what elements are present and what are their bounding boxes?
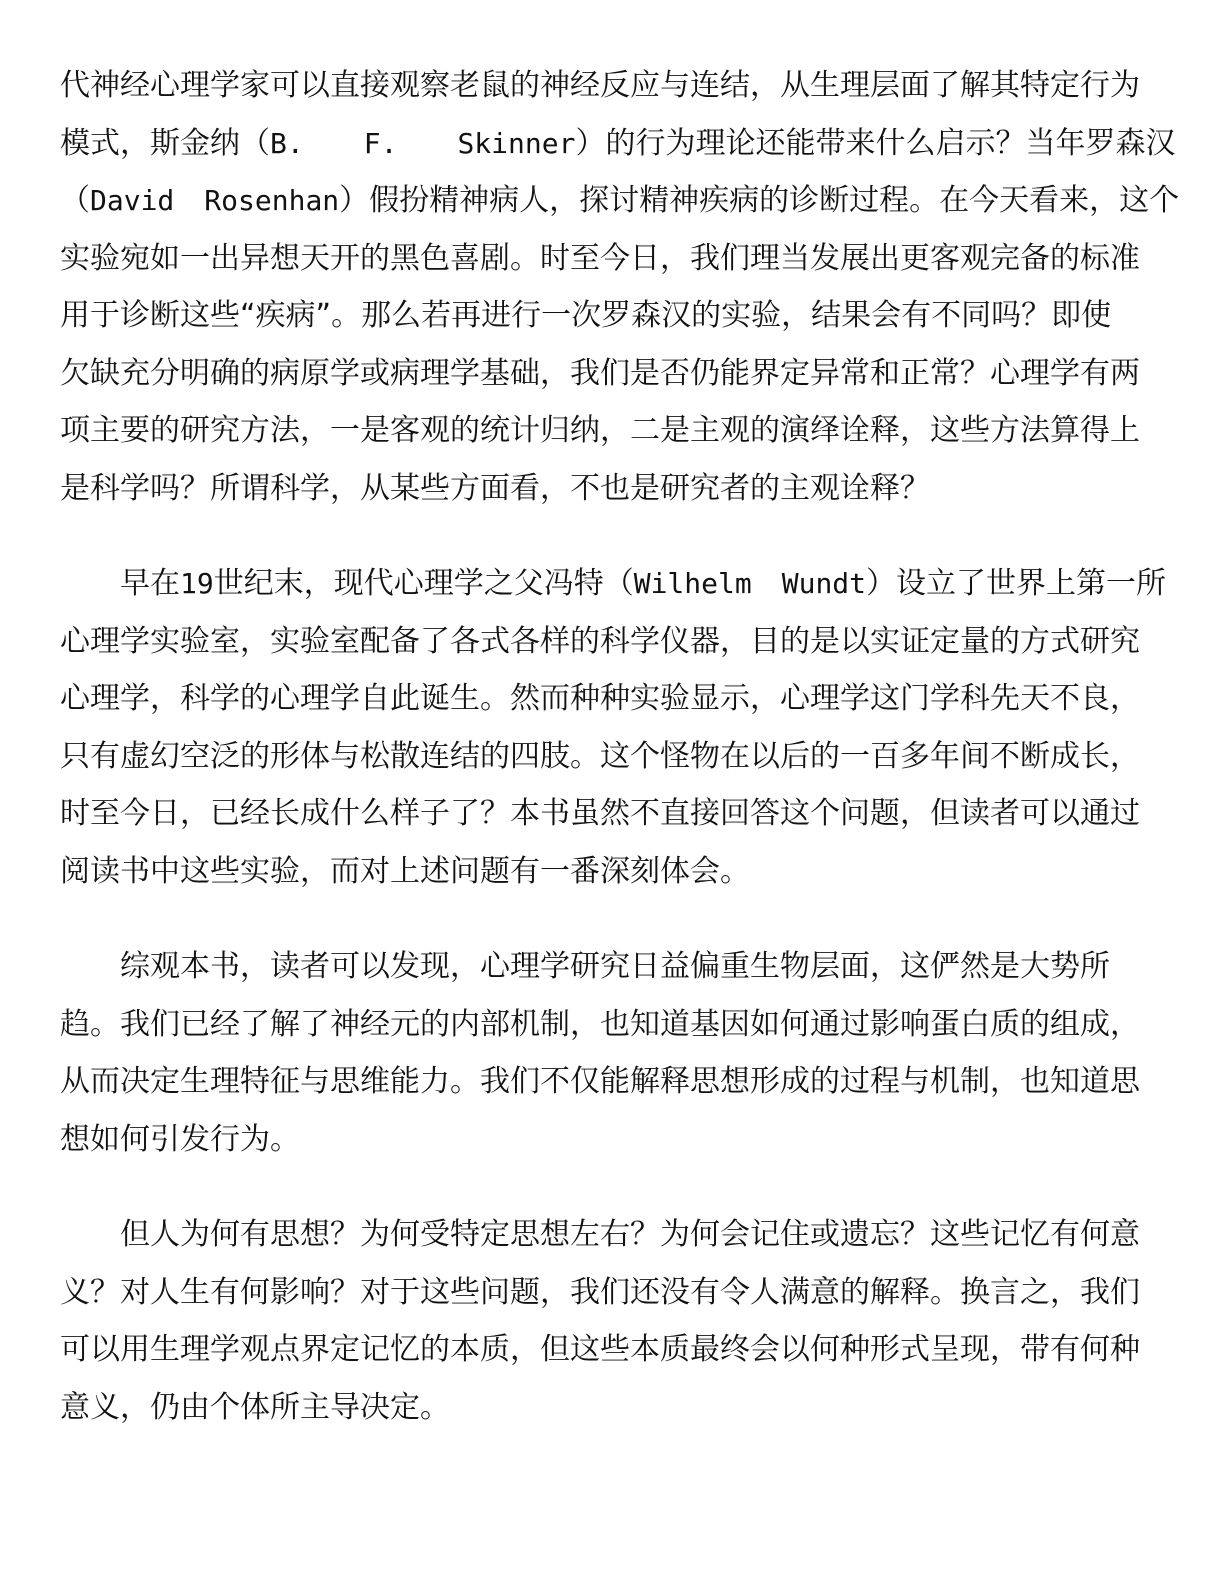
latin-text: B. — [270, 127, 304, 160]
text-line: （David Rosenhan）假扮精神病人，探讨精神疾病的诊断过程。在今天看来… — [60, 172, 1164, 230]
text-line: 可以用生理学观点界定记忆的本质，但这些本质最终会以何种形式呈现，带有何种 — [60, 1321, 1164, 1379]
text-line: 用于诊断这些“疾病”。那么若再进行一次罗森汉的实验，结果会有不同吗？即使 — [60, 287, 1164, 345]
paragraph: 早在19世纪末，现代心理学之父冯特（Wilhelm Wundt）设立了世界上第一… — [60, 555, 1164, 900]
text-line: 心理学实验室，实验室配备了各式各样的科学仪器，目的是以实证定量的方式研究 — [60, 613, 1164, 671]
text-line: 只有虚幻空泛的形体与松散连结的四肢。这个怪物在以后的一百多年间不断成长， — [60, 728, 1164, 786]
text-line: 早在19世纪末，现代心理学之父冯特（Wilhelm Wundt）设立了世界上第一… — [60, 555, 1164, 613]
text-line: 代神经心理学家可以直接观察老鼠的神经反应与连结，从生理层面了解其特定行为 — [60, 57, 1164, 115]
text-line: 趋。我们已经了解了神经元的内部机制，也知道基因如何通过影响蛋白质的组成， — [60, 996, 1164, 1054]
text-line: 义？对人生有何影响？对于这些问题，我们还没有令人满意的解释。换言之，我们 — [60, 1264, 1164, 1322]
text-line: 项主要的研究方法，一是客观的统计归纳，二是主观的演绎诠释，这些方法算得上 — [60, 402, 1164, 460]
latin-text: Wilhelm — [634, 567, 752, 600]
text-line: 是科学吗？所谓科学，从某些方面看，不也是研究者的主观诠释？ — [60, 460, 1164, 518]
text-line: 心理学，科学的心理学自此诞生。然而种种实验显示，心理学这门学科先天不良， — [60, 670, 1164, 728]
latin-text: David — [90, 184, 174, 217]
text-line: 综观本书，读者可以发现，心理学研究日益偏重生物层面，这俨然是大势所 — [60, 938, 1164, 996]
paragraph: 综观本书，读者可以发现，心理学研究日益偏重生物层面，这俨然是大势所趋。我们已经了… — [60, 938, 1164, 1168]
document-page: 代神经心理学家可以直接观察老鼠的神经反应与连结，从生理层面了解其特定行为模式，斯… — [0, 0, 1224, 1584]
latin-text: Rosenhan — [204, 184, 339, 217]
text-line: 阅读书中这些实验，而对上述问题有一番深刻体会。 — [60, 843, 1164, 901]
latin-text: Wundt — [782, 567, 866, 600]
text-line: 欠缺充分明确的病原学或病理学基础，我们是否仍能界定异常和正常？心理学有两 — [60, 345, 1164, 403]
latin-text: Skinner — [457, 127, 575, 160]
text-line: 模式，斯金纳（B. F. Skinner）的行为理论还能带来什么启示？当年罗森汉 — [60, 115, 1164, 173]
text-line: 时至今日，已经长成什么样子了？本书虽然不直接回答这个问题，但读者可以通过 — [60, 785, 1164, 843]
text-line: 想如何引发行为。 — [60, 1111, 1164, 1169]
text-line: 但人为何有思想？为何受特定思想左右？为何会记住或遗忘？这些记忆有何意 — [60, 1206, 1164, 1264]
latin-text: F. — [364, 127, 398, 160]
text-line: 意义，仍由个体所主导决定。 — [60, 1379, 1164, 1437]
paragraph: 代神经心理学家可以直接观察老鼠的神经反应与连结，从生理层面了解其特定行为模式，斯… — [60, 57, 1164, 517]
text-line: 从而决定生理特征与思维能力。我们不仅能解释思想形成的过程与机制，也知道思 — [60, 1053, 1164, 1111]
paragraph: 但人为何有思想？为何受特定思想左右？为何会记住或遗忘？这些记忆有何意义？对人生有… — [60, 1206, 1164, 1436]
text-column: 代神经心理学家可以直接观察老鼠的神经反应与连结，从生理层面了解其特定行为模式，斯… — [0, 0, 1224, 1436]
text-line: 实验宛如一出异想天开的黑色喜剧。时至今日，我们理当发展出更客观完备的标准 — [60, 230, 1164, 288]
latin-text: 19 — [180, 567, 214, 600]
